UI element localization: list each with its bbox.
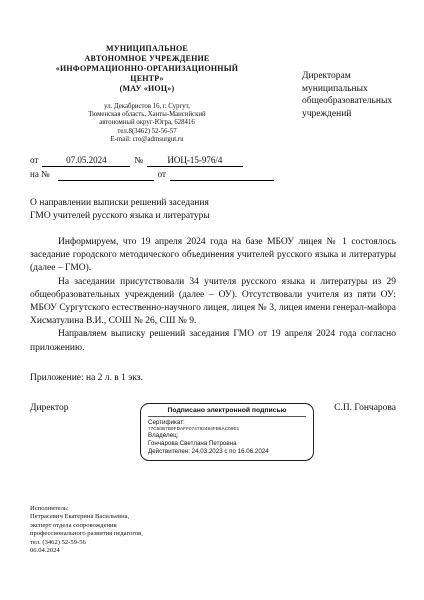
outgoing-number: ИОЦ-15-976/4 [167, 155, 222, 165]
validity-period: Действителен: 24.03.2023 с по 16.06.2024 [148, 448, 306, 456]
number-label: № [134, 154, 143, 167]
outgoing-date: 07.05.2024 [66, 155, 107, 165]
executor-phone: тел. (3462) 52-59-56 [30, 539, 143, 547]
executor-name: Петрасевич Екатерина Васильевна, [30, 513, 143, 521]
reply-label: на № [30, 168, 50, 181]
paragraph: Направляем выписку решений заседания ГМО… [30, 328, 396, 354]
stamp-title: Подписано электронной подписью [148, 407, 306, 417]
reply-from-label: от [158, 168, 166, 181]
paragraph: Информируем, что 19 апреля 2024 года на … [30, 236, 396, 276]
subject-line: ГМО учителей русского языка и литературы [30, 210, 396, 223]
owner-label: Владелец: [148, 432, 306, 440]
incoming-date-field [170, 168, 274, 181]
recipient-line: Директорам [302, 70, 392, 83]
org-address-line: автономный округ-Югра, 628416 [30, 119, 264, 127]
outgoing-ref-row: от 07.05.2024 № ИОЦ-15-976/4 [30, 154, 292, 167]
signer-position: Директор [30, 403, 140, 413]
letterhead: МУНИЦИПАЛЬНОЕ АВТОНОМНОЕ УЧРЕЖДЕНИЕ «ИНФ… [30, 44, 396, 144]
org-address-line: тел.8(3462) 52-56-57 [30, 128, 264, 136]
digital-signature-stamp: Подписано электронной подписью Сертифика… [140, 403, 314, 461]
document-page: МУНИЦИПАЛЬНОЕ АВТОНОМНОЕ УЧРЕЖДЕНИЕ «ИНФ… [0, 0, 424, 600]
subject-line: О направлении выписки решений заседания [30, 197, 396, 210]
org-address-line: ул. Декабристов 16, г. Сургут, [30, 103, 264, 111]
recipient-block: Директорам муниципальных общеобразовател… [302, 70, 392, 120]
signature-row: Директор Подписано электронной подписью … [30, 403, 396, 461]
executor-title-line: профессионального развития педагогов, [30, 530, 143, 538]
recipient-line: общеобразовательных [302, 95, 392, 108]
from-label: от [30, 154, 38, 167]
org-name-line: МУНИЦИПАЛЬНОЕ [30, 44, 264, 54]
recipient-line: учреждений [302, 108, 392, 121]
executor-date: 06.04.2024 [30, 547, 143, 555]
org-name-line: АВТОНОМНОЕ УЧРЕЖДЕНИЕ [30, 54, 264, 64]
executor-title-line: эксперт отдела сопровождения [30, 522, 143, 530]
reference-block: от 07.05.2024 № ИОЦ-15-976/4 на № от [30, 154, 292, 181]
subject-block: О направлении выписки решений заседания … [30, 197, 396, 223]
org-address-line: Тюменская область, Ханты-Мансийский [30, 111, 264, 119]
recipient-line: муниципальных [302, 83, 392, 96]
org-email: E-mail: cro@admsurgut.ru [30, 136, 264, 144]
executor-label: Исполнитель: [30, 505, 143, 513]
letter-body: Информируем, что 19 апреля 2024 года на … [30, 236, 396, 355]
signer-name: С.П. Гончарова [334, 403, 396, 413]
executor-block: Исполнитель: Петрасевич Екатерина Василь… [30, 505, 143, 555]
owner-name: Гончарова Светлана Петровна [148, 440, 306, 448]
org-address: ул. Декабристов 16, г. Сургут, Тюменская… [30, 103, 264, 144]
attachment-note: Приложение: на 2 л. в 1 экз. [30, 373, 396, 383]
org-block: МУНИЦИПАЛЬНОЕ АВТОНОМНОЕ УЧРЕЖДЕНИЕ «ИНФ… [30, 44, 264, 144]
org-name-line: ЦЕНТР» [30, 74, 264, 84]
outgoing-number-field: ИОЦ-15-976/4 [147, 154, 243, 167]
certificate-label: Сертификат: [148, 419, 306, 427]
org-name-line: «ИНФОРМАЦИОННО-ОРГАНИЗАЦИОННЫЙ [30, 64, 264, 74]
org-name: МУНИЦИПАЛЬНОЕ АВТОНОМНОЕ УЧРЕЖДЕНИЕ «ИНФ… [30, 44, 264, 94]
incoming-ref-row: на № от [30, 168, 292, 181]
incoming-number-field [58, 168, 154, 181]
paragraph: На заседании присутствовали 34 учителя р… [30, 276, 396, 329]
outgoing-date-field: 07.05.2024 [42, 154, 130, 167]
org-name-line: (МАУ «ИОЦ») [30, 84, 264, 94]
